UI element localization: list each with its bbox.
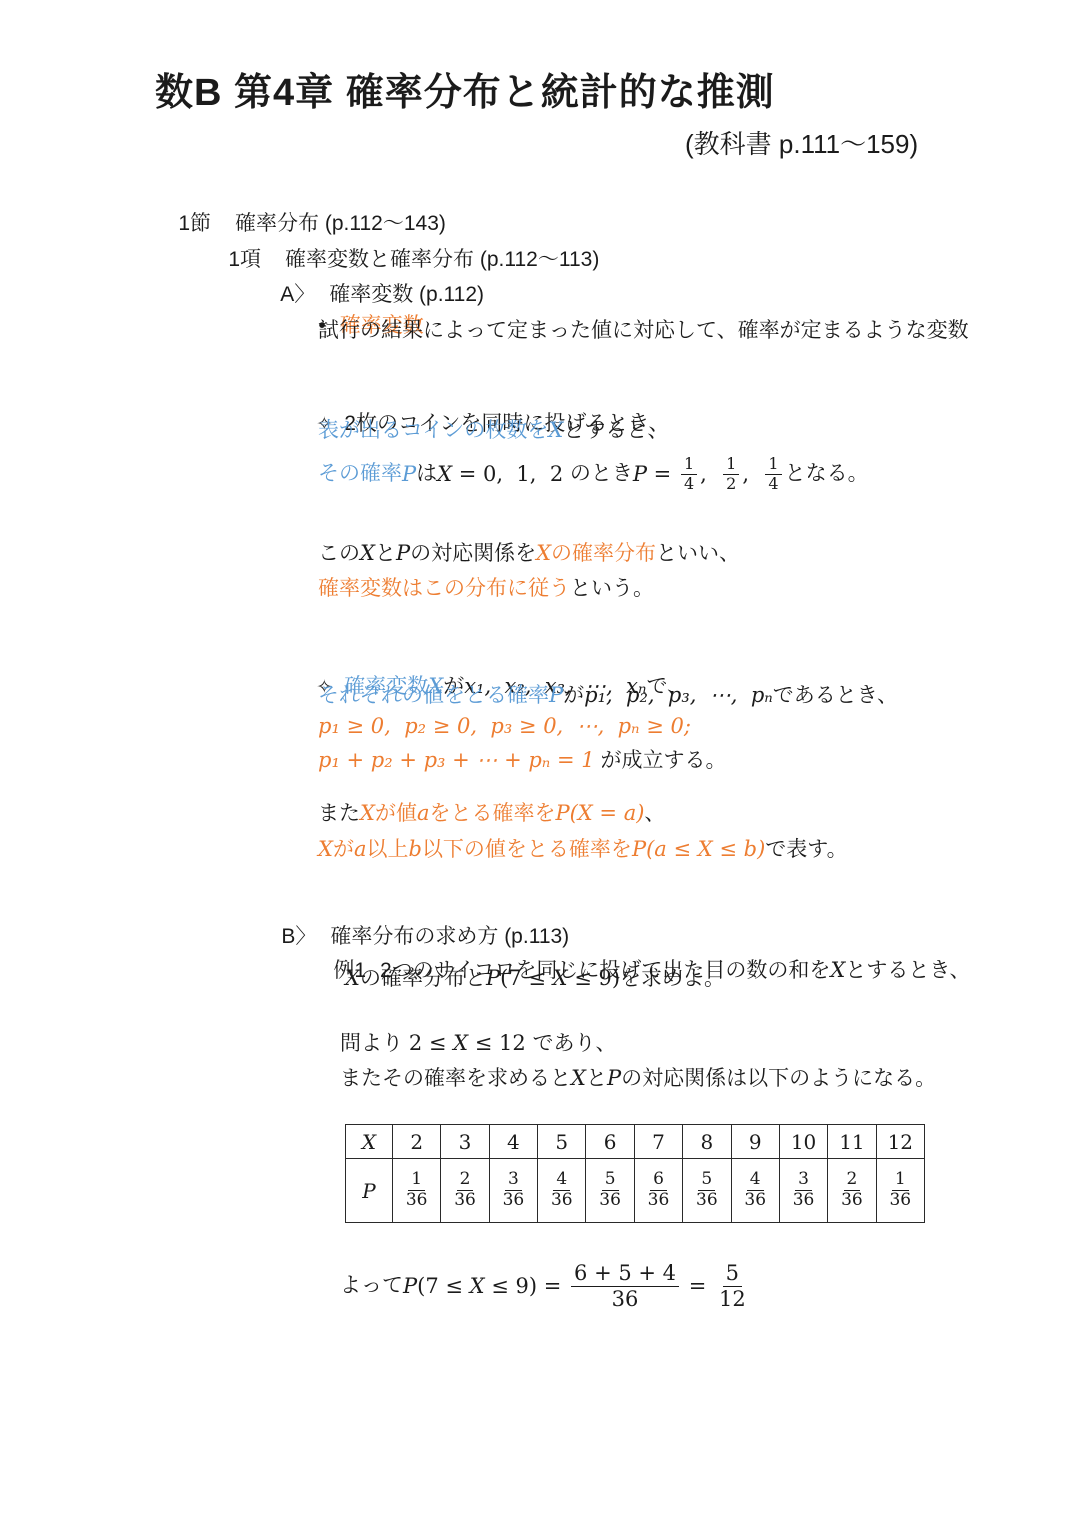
fraction-numerator: 1 — [681, 455, 697, 474]
table-p-cell: 436 — [538, 1159, 586, 1223]
text-segment: 2 ≤ — [409, 1031, 453, 1055]
fraction-numerator: 1 — [765, 455, 781, 474]
text-segment: p₁ ≥ 0, p₂ ≥ 0, p₃ ≥ 0, ⋯, pₙ ≥ 0; — [318, 714, 691, 738]
fraction-numerator: 3 — [505, 1170, 522, 1191]
table-x-cell: 3 — [441, 1125, 489, 1159]
fraction-numerator: 5 — [698, 1170, 715, 1191]
probability-table: X23456789101112P136236336436536636536436… — [345, 1124, 925, 1223]
fraction-denominator: 36 — [500, 1191, 528, 1211]
fraction-denominator: 36 — [886, 1191, 914, 1211]
fraction: 336 — [500, 1170, 528, 1210]
text-segment: X — [548, 418, 563, 442]
fraction-denominator: 2 — [723, 475, 739, 493]
text-segment: P — [607, 1066, 621, 1090]
fraction-denominator: 36 — [645, 1191, 673, 1211]
text-segment: P(X = a) — [555, 801, 644, 825]
fraction-numerator: 6 — [650, 1170, 667, 1191]
text-segment: が値 — [375, 802, 417, 825]
table-p-cell: 436 — [731, 1159, 779, 1223]
text-segment: p₁ + p₂ + p₃ + ⋯ + pₙ = 1 — [318, 748, 595, 772]
term-definition: 試行の結果によって定まった値に対応して、確率が定まるような変数 — [318, 318, 969, 344]
fraction: 6 + 5 + 436 — [571, 1261, 679, 1310]
text-segment: が — [333, 838, 354, 861]
text-segment: = 0, 1, 2 — [452, 461, 570, 487]
fraction: 14 — [681, 455, 697, 493]
text-segment: P — [396, 541, 410, 565]
text-segment: であり、 — [532, 1032, 616, 1055]
text-segment: P — [549, 683, 563, 707]
text-segment: の確率分布と — [360, 967, 486, 990]
table-x-cell: 9 — [731, 1125, 779, 1159]
table-p-cell: 336 — [779, 1159, 827, 1223]
fraction: 536 — [596, 1170, 624, 1210]
notes-page: 数B 第4章 確率分布と統計的な推測 (教科書 p.111～159) 1節確率分… — [0, 0, 1076, 1522]
fraction: 512 — [716, 1261, 749, 1310]
fraction-denominator: 36 — [741, 1191, 769, 1211]
table-p-cell: 536 — [586, 1159, 634, 1223]
text-segment: X — [453, 1031, 468, 1055]
fraction: 636 — [645, 1170, 673, 1210]
text-segment: (7 ≤ — [417, 1273, 470, 1299]
text-segment: , — [700, 461, 720, 487]
text-segment: P — [633, 461, 647, 487]
fraction-numerator: 4 — [553, 1170, 570, 1191]
fraction-denominator: 4 — [681, 475, 697, 493]
fraction-denominator: 36 — [693, 1191, 721, 1211]
distribution-note-line-1: このXとPの対応関係をXの確率分布といい、 — [318, 540, 740, 567]
text-segment: をとる確率を — [429, 802, 555, 825]
table-x-cell: 12 — [876, 1125, 924, 1159]
notation-line-2: Xがa以上b以下の値をとる確率をP(a ≤ X ≤ b)で表す。 — [318, 836, 848, 863]
text-segment: X — [437, 461, 452, 487]
text-segment: 、 — [644, 802, 665, 825]
text-segment: は — [416, 461, 437, 487]
text-segment: X — [318, 837, 333, 861]
table-x-cell: 2 — [393, 1125, 441, 1159]
text-segment: P — [402, 461, 416, 487]
fraction-denominator: 36 — [609, 1287, 642, 1311]
table-x-cell: 5 — [538, 1125, 586, 1159]
fraction: 14 — [765, 455, 781, 493]
distribution-note-line-2: 確率変数はこの分布に従うという。 — [318, 576, 654, 602]
text-segment: = — [682, 1273, 713, 1299]
table-x-cell: 4 — [489, 1125, 537, 1159]
properties-line-2: それぞれの値をとる確率Pがp₁, p₂, p₃, ⋯, pₙであるとき、 — [318, 682, 898, 709]
text-segment: と — [586, 1067, 607, 1090]
fraction-numerator: 4 — [747, 1170, 764, 1191]
fraction-numerator: 3 — [795, 1170, 812, 1191]
text-segment: X — [360, 801, 375, 825]
text-segment: といい、 — [656, 542, 740, 565]
textbook-reference: (教科書 p.111～159) — [685, 128, 918, 161]
fraction-numerator: 1 — [408, 1170, 425, 1191]
fraction: 236 — [838, 1170, 866, 1210]
text-segment: 問より — [340, 1032, 409, 1055]
text-segment: と — [375, 542, 396, 565]
fraction-denominator: 36 — [451, 1191, 479, 1211]
fraction-denominator: 36 — [403, 1191, 431, 1211]
text-segment: が成立する。 — [595, 749, 727, 772]
text-segment: p₁, p₂, p₃, ⋯, pₙ — [584, 683, 773, 707]
fraction-denominator: 36 — [548, 1191, 576, 1211]
text-segment: , — [742, 461, 762, 487]
text-segment: X — [345, 966, 360, 990]
text-segment: 以下の値をとる確率を — [422, 838, 632, 861]
text-segment: ≤ 12 — [468, 1031, 532, 1055]
table-x-header: X — [346, 1125, 393, 1159]
text-segment: とするとき、 — [845, 959, 970, 982]
text-segment: を求めよ。 — [620, 967, 725, 990]
text-segment: X — [571, 1066, 586, 1090]
text-segment: X — [536, 541, 551, 565]
fraction: 12 — [723, 455, 739, 493]
text-segment: 確率変数はこの分布に従う — [318, 577, 570, 600]
fraction-numerator: 5 — [723, 1261, 742, 1286]
properties-line-4: p₁ + p₂ + p₃ + ⋯ + pₙ = 1 が成立する。 — [318, 747, 726, 774]
text-segment: X — [553, 966, 568, 990]
coin-example-line-2: 表が出るコインの枚数をXとすると、 — [318, 417, 668, 444]
table-p-cell: 536 — [683, 1159, 731, 1223]
text-segment: その確率 — [318, 461, 402, 487]
table-x-cell: 7 — [634, 1125, 682, 1159]
table-p-cell: 336 — [489, 1159, 537, 1223]
text-segment: この — [318, 542, 360, 565]
table-x-cell: 6 — [586, 1125, 634, 1159]
conclusion-line: よってP(7 ≤ X ≤ 9) = 6 + 5 + 436 = 512 — [340, 1258, 752, 1314]
fraction-numerator: 5 — [602, 1170, 619, 1191]
text-segment: P — [403, 1273, 417, 1299]
fraction-denominator: 36 — [790, 1191, 818, 1211]
text-segment: P(a ≤ X ≤ b) — [632, 837, 765, 861]
text-segment: = — [647, 461, 678, 487]
table-p-cell: 236 — [441, 1159, 489, 1223]
text-segment: P — [486, 966, 500, 990]
text-segment: の対応関係は以下のようになる。 — [621, 1067, 936, 1090]
table-x-cell: 8 — [683, 1125, 731, 1159]
text-segment: ≤ 9) — [568, 966, 621, 990]
solution-line-1: 問より 2 ≤ X ≤ 12 であり、 — [340, 1030, 616, 1057]
subsection-label: 1項 — [228, 248, 261, 271]
fraction: 436 — [548, 1170, 576, 1210]
text-segment: またその確率を求めると — [340, 1067, 571, 1090]
text-segment: それぞれの値をとる確率 — [318, 684, 549, 707]
text-segment: (7 ≤ — [500, 966, 553, 990]
fraction-numerator: 1 — [723, 455, 739, 474]
fraction-numerator: 2 — [457, 1170, 474, 1191]
fraction: 436 — [741, 1170, 769, 1210]
table-x-cell: 10 — [779, 1125, 827, 1159]
coin-example-line-3: その確率PはX = 0, 1, 2 のときP = 14, 12, 14となる。 — [318, 449, 869, 499]
text-segment: 表が出るコインの枚数を — [318, 419, 548, 442]
table-p-cell: 136 — [393, 1159, 441, 1223]
text-segment: a — [417, 801, 430, 825]
solution-line-2: またその確率を求めるとXとPの対応関係は以下のようになる。 — [340, 1065, 936, 1092]
text-segment: という。 — [570, 577, 654, 600]
text-segment: とすると、 — [563, 419, 668, 442]
text-segment: また — [318, 802, 360, 825]
fraction: 336 — [790, 1170, 818, 1210]
page-title: 数B 第4章 確率分布と統計的な推測 — [155, 70, 775, 118]
text-segment: よって — [340, 1273, 403, 1299]
text-segment: 以上 — [366, 838, 408, 861]
properties-line-3: p₁ ≥ 0, p₂ ≥ 0, p₃ ≥ 0, ⋯, pₙ ≥ 0; — [318, 713, 691, 740]
text-segment: となる。 — [785, 461, 869, 487]
fraction-denominator: 4 — [765, 475, 781, 493]
fraction-denominator: 36 — [596, 1191, 624, 1211]
text-segment: a — [354, 837, 367, 861]
fraction-denominator: 36 — [838, 1191, 866, 1211]
example1-problem-line-2: Xの確率分布とP(7 ≤ X ≤ 9)を求めよ。 — [345, 965, 725, 992]
text-segment: の確率分布 — [551, 542, 656, 565]
text-segment: X — [470, 1273, 485, 1299]
notation-line-1: またXが値aをとる確率をP(X = a)、 — [318, 800, 665, 827]
table-p-cell: 136 — [876, 1159, 924, 1223]
text-segment: のとき — [570, 461, 633, 487]
text-segment: X — [360, 541, 375, 565]
table-p-cell: 236 — [828, 1159, 876, 1223]
text-segment: b — [408, 837, 421, 861]
fraction: 136 — [403, 1170, 431, 1210]
fraction: 136 — [886, 1170, 914, 1210]
text-segment: であるとき、 — [773, 684, 898, 707]
fraction-numerator: 6 + 5 + 4 — [571, 1261, 679, 1286]
table-x-cell: 11 — [828, 1125, 876, 1159]
fraction-numerator: 1 — [892, 1170, 909, 1191]
text-segment: が — [563, 684, 584, 707]
text-segment: X — [830, 958, 845, 982]
table-p-cell: 636 — [634, 1159, 682, 1223]
table-p-header: P — [346, 1159, 393, 1223]
fraction-denominator: 12 — [716, 1287, 749, 1311]
fraction: 236 — [451, 1170, 479, 1210]
fraction: 536 — [693, 1170, 721, 1210]
text-segment: の対応関係を — [410, 542, 536, 565]
text-segment: ≤ 9) = — [485, 1273, 568, 1299]
text-segment: で表す。 — [765, 838, 847, 861]
fraction-numerator: 2 — [844, 1170, 861, 1191]
